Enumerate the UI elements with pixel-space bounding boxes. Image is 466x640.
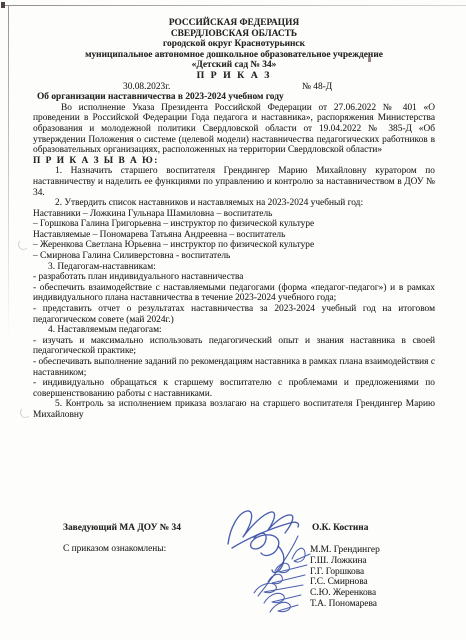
mentors-line-2: – Горшкова Галина Григорьевна – инструкт…: [33, 219, 435, 230]
document-body: РОССИЙСКАЯ ФЕДЕРАЦИЯ СВЕРДЛОВСКАЯ ОБЛАСТ…: [33, 18, 435, 421]
header-district: городской округ Краснотурьинск: [33, 39, 435, 50]
scan-artifact-arc: [18, 239, 29, 250]
mentors-line-3: Наставляемые – Пономарева Татьяна Андрее…: [33, 230, 435, 241]
order-number: № 48-Д: [302, 82, 332, 93]
scan-artifact-arc: [20, 407, 31, 418]
date-number-row: 30.08.2023г. № 48-Д: [33, 82, 435, 93]
order-item-3-heading: 3. Педагогам-наставникам:: [33, 262, 435, 273]
order-item-2: 2. Утвердить список наставников и настав…: [33, 198, 435, 209]
order-item-5: 5. Контроль за исполнением приказа возла…: [33, 399, 435, 420]
header-country: РОССИЙСКАЯ ФЕДЕРАЦИЯ: [33, 18, 435, 29]
mentors-line-5: – Смирнова Галина Силиверстовна - воспит…: [33, 251, 435, 262]
scanned-order-document: РОССИЙСКАЯ ФЕДЕРАЦИЯ СВЕРДЛОВСКАЯ ОБЛАСТ…: [0, 0, 466, 640]
mentors-line-1: Наставники – Ложкина Гульнара Шамиловна …: [33, 209, 435, 220]
order-date: 30.08.2023г.: [123, 82, 170, 93]
scan-edge-left: [8, 5, 9, 340]
order-item-4-bullet-1: - изучать и максимально использовать пед…: [33, 336, 435, 357]
order-item-4-bullet-3: - индивидуально обращаться к старшему во…: [33, 378, 435, 399]
header-region: СВЕРДЛОВСКАЯ ОБЛАСТЬ: [33, 29, 435, 40]
mentors-line-4: – Жеренкова Светлана Юрьевна – инструкто…: [33, 240, 435, 251]
preamble-paragraph: Во исполнение Указа Президента Российско…: [33, 103, 435, 156]
document-header: РОССИЙСКАЯ ФЕДЕРАЦИЯ СВЕРДЛОВСКАЯ ОБЛАСТ…: [33, 18, 435, 71]
scan-edge-top: [4, 5, 466, 6]
signer-position: Заведующий МА ДОУ № 34: [63, 523, 181, 534]
order-subject: Об организации наставничества в 2023-202…: [33, 92, 435, 103]
header-institution: муниципальное автономное дошкольное обра…: [33, 50, 435, 61]
order-item-3-bullet-2: - обеспечить взаимодействие с наставляем…: [33, 283, 435, 304]
order-item-3-bullet-3: - представить отчет о результатах настав…: [33, 304, 435, 325]
signature-ink: [218, 502, 322, 618]
scan-artifact-corner: [1, 2, 5, 8]
order-item-4-heading: 4. Наставляемым педагогам:: [33, 325, 435, 336]
document-title: П Р И К А З: [33, 71, 435, 82]
order-word: П Р И К А З Ы В А Ю:: [33, 156, 435, 167]
order-item-3-bullet-1: - разработать план индивидуального наста…: [33, 272, 435, 283]
order-item-4-bullet-2: - обеспечивать выполнение заданий по рек…: [33, 357, 435, 378]
order-item-1: 1. Назначить старшего воспитателя Гренди…: [33, 166, 435, 198]
acknowledged-label: С приказом ознакомлены:: [63, 544, 166, 555]
